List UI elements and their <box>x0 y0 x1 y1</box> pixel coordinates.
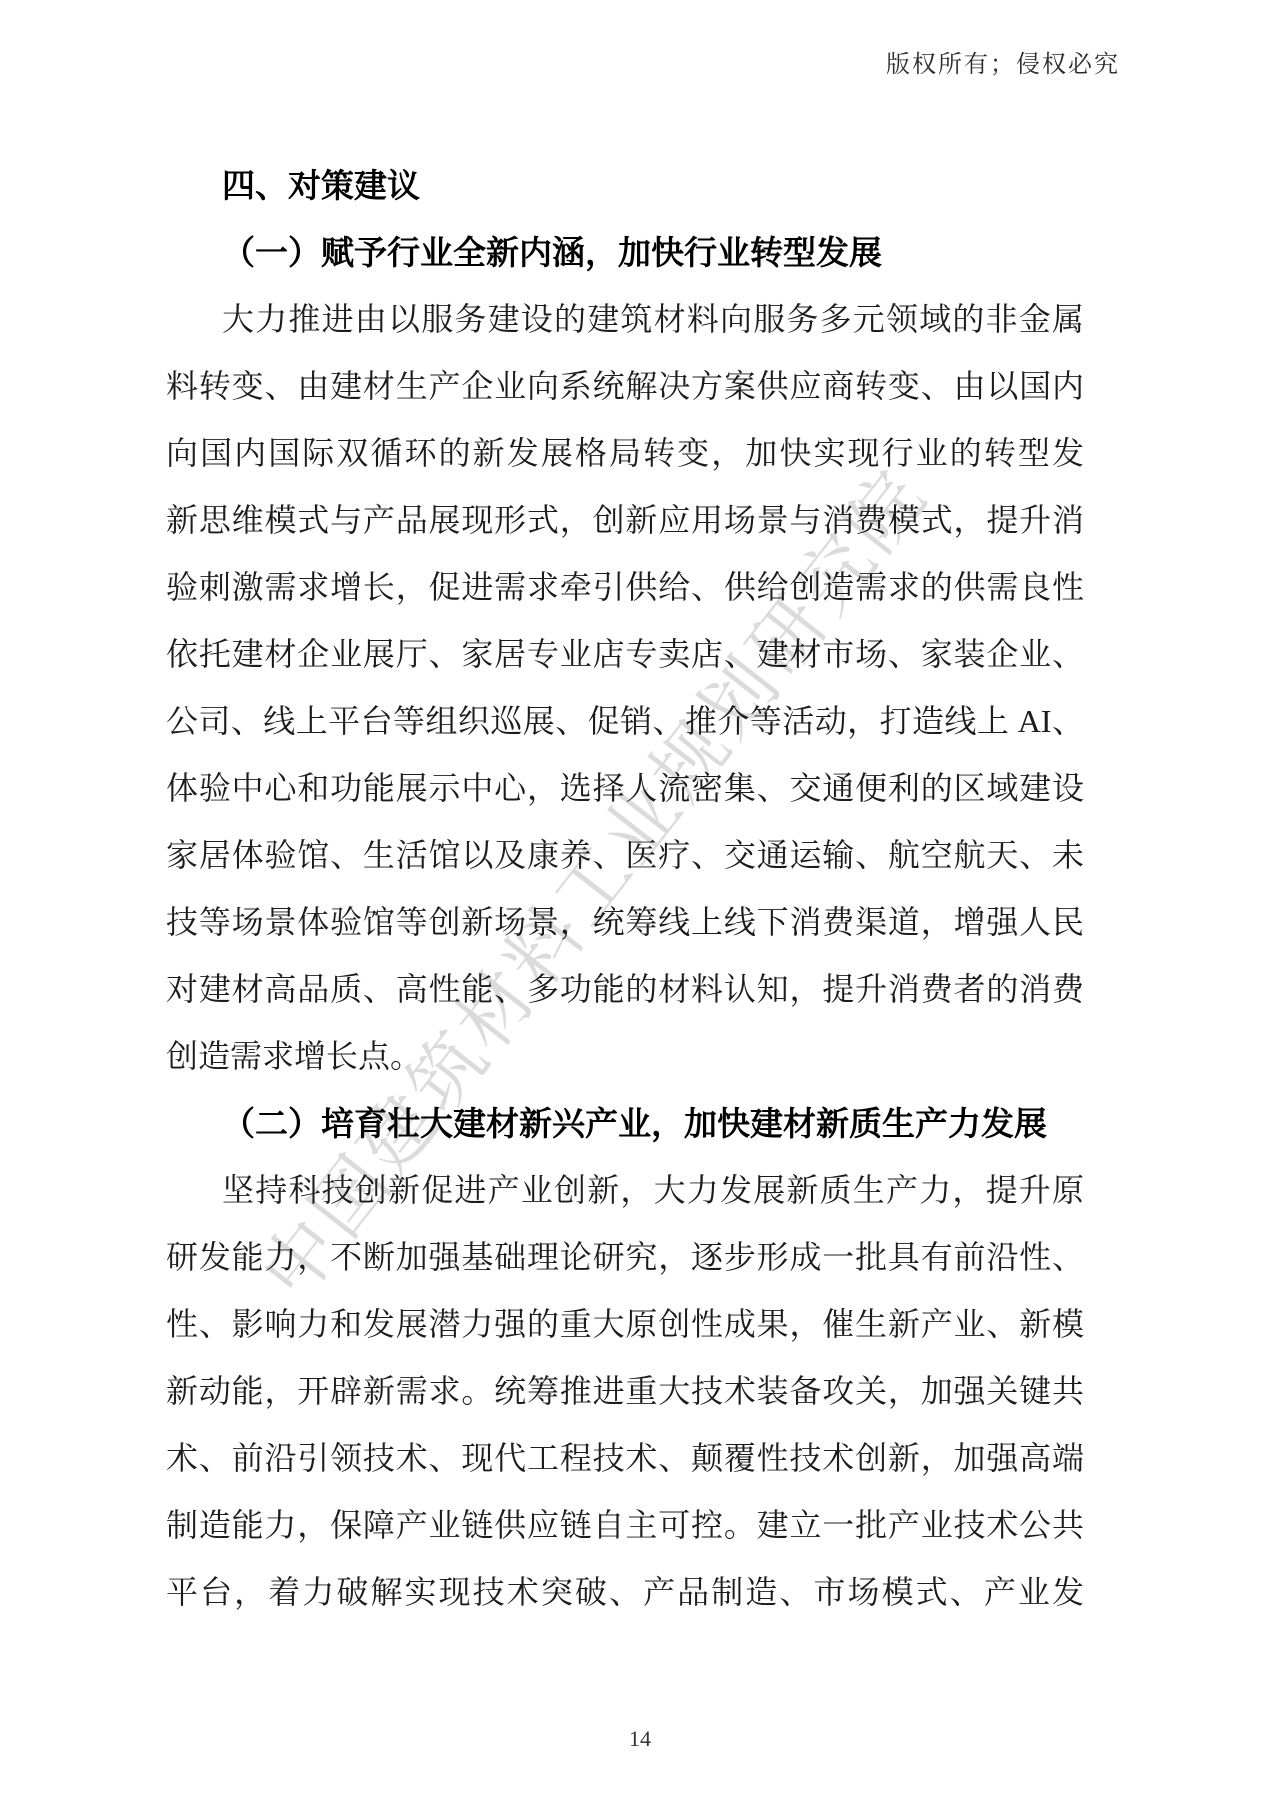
subsection-1-title: （一）赋予行业全新内涵，加快行业转型发展 <box>166 219 1084 286</box>
paragraph-1-line: 料转变、由建材生产企业向系统解决方案供应商转变、由以国内为主 <box>166 353 1084 420</box>
paragraph-2-line: 新动能，开辟新需求。统筹推进重大技术装备攻关，加强关键共性技 <box>166 1358 1084 1425</box>
paragraph-1-line: 技等场景体验馆等创新场景，统筹线上线下消费渠道，增强人民群众 <box>166 889 1084 956</box>
paragraph-1-line: 大力推进由以服务建设的建筑材料向服务多元领域的非金属材 <box>166 286 1084 353</box>
paragraph-2-line: 坚持科技创新促进产业创新，大力发展新质生产力，提升原创性 <box>166 1157 1084 1224</box>
paragraph-1-line: 验刺激需求增长，促进需求牵引供给、供给创造需求的供需良性互动。 <box>166 554 1084 621</box>
paragraph-2-line: 研发能力，不断加强基础理论研究，逐步形成一批具有前沿性、引领 <box>166 1224 1084 1291</box>
paragraph-1-line: 依托建材企业展厅、家居专业店专卖店、建材市场、家装企业、设计 <box>166 621 1084 688</box>
copyright-notice: 版权所有；侵权必究 <box>886 44 1120 79</box>
paragraph-1-line: 公司、线上平台等组织巡展、促销、推介等活动，打造线上 AI、VR <box>166 688 1084 755</box>
paragraph-1-line: 家居体验馆、生活馆以及康养、医疗、交通运输、航空航天、未来科 <box>166 822 1084 889</box>
paragraph-2-line: 性、影响力和发展潜力强的重大原创性成果，催生新产业、新模式、 <box>166 1291 1084 1358</box>
paragraph-2-line: 制造能力，保障产业链供应链自主可控。建立一批产业技术公共服务 <box>166 1492 1084 1559</box>
paragraph-1-line: 创造需求增长点。 <box>166 1023 1084 1090</box>
paragraph-1-line: 体验中心和功能展示中心，选择人流密集、交通便利的区域建设线下 <box>166 755 1084 822</box>
document-content: 四、对策建议 （一）赋予行业全新内涵，加快行业转型发展 大力推进由以服务建设的建… <box>166 152 1084 1626</box>
paragraph-2-line: 平台，着力破解实现技术突破、产品制造、市场模式、产业发展“一 <box>166 1559 1084 1626</box>
subsection-2-title: （二）培育壮大建材新兴产业，加快建材新质生产力发展 <box>166 1090 1084 1157</box>
paragraph-1-line: 新思维模式与产品展现形式，创新应用场景与消费模式，提升消费体 <box>166 487 1084 554</box>
paragraph-2-line: 术、前沿引领技术、现代工程技术、颠覆性技术创新，加强高端装备 <box>166 1425 1084 1492</box>
section-title: 四、对策建议 <box>166 152 1084 219</box>
paragraph-1-line: 向国内国际双循环的新发展格局转变，加快实现行业的转型发展。创 <box>166 420 1084 487</box>
paragraph-1-line: 对建材高品质、高性能、多功能的材料认知，提升消费者的消费体验， <box>166 956 1084 1023</box>
document-page: 版权所有；侵权必究 中国建筑材料工业规划研究院 四、对策建议 （一）赋予行业全新… <box>0 0 1280 1810</box>
page-number: 14 <box>0 1726 1280 1752</box>
